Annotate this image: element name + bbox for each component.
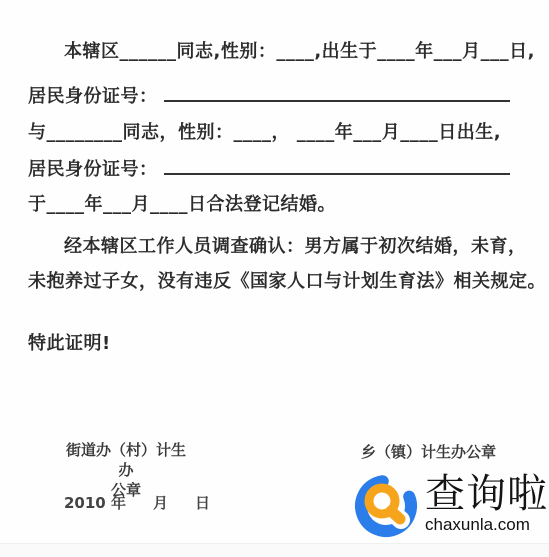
body-line-5: 于____年___月____日合法登记结婚。: [28, 195, 336, 215]
date-month: 月: [153, 492, 168, 513]
date-day: 日: [195, 492, 210, 513]
magnifier-logo-icon: [348, 467, 424, 543]
id-number-label-1: 居民身份证号：: [28, 86, 158, 107]
body-line-6: 经本辖区工作人员调查确认：男方属于初次结婚，未育，: [28, 237, 527, 257]
bottom-edge-strip: [0, 543, 549, 557]
certificate-document-page: 本辖区______同志,性别：____,出生于____年___月___日, 居民…: [0, 0, 549, 557]
date-year: 2010 年: [64, 492, 126, 513]
watermark-brand-name: 查询啦: [425, 474, 548, 514]
watermark-domain: chaxunla.com: [425, 515, 548, 534]
left-org-name-line1: 街道办（村）计生办: [60, 440, 192, 480]
left-signature-block: 街道办（村）计生办 公章: [60, 440, 192, 500]
right-signature-block: 乡（镇）计生办公章: [361, 441, 496, 462]
body-line-7: 未抱养过子女，没有违反《国家人口与计划生育法》相关规定。: [28, 272, 546, 292]
date-line: 2010 年 月 日: [64, 492, 210, 513]
id-number-blank-line-2: [164, 158, 510, 175]
id-number-label-2: 居民身份证号：: [28, 159, 158, 180]
body-line-4: 居民身份证号：: [28, 158, 510, 180]
id-number-blank-line-1: [164, 85, 510, 102]
watermark-text-block: 查询啦 chaxunla.com: [425, 467, 548, 534]
body-line-3: 与________同志，性别：____， ____年___月____日出生,: [28, 123, 501, 143]
body-line-2: 居民身份证号：: [28, 85, 510, 107]
body-line-1: 本辖区______同志,性别：____,出生于____年___月___日,: [28, 42, 535, 62]
closing-statement: 特此证明!: [28, 334, 111, 354]
chaxunla-watermark: 查询啦 chaxunla.com: [348, 467, 548, 543]
